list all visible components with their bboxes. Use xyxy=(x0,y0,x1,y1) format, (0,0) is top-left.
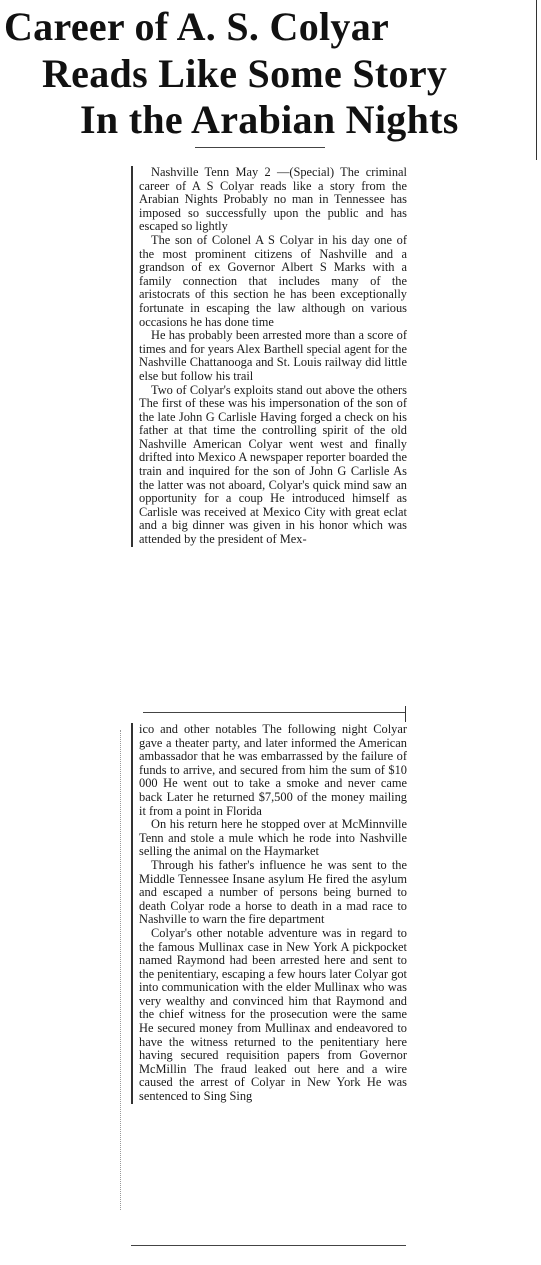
headline-line-2: Reads Like Some Story xyxy=(42,52,447,96)
paragraph: He has probably been arrested more than … xyxy=(139,329,407,383)
paragraph: ico and other notables The following nig… xyxy=(139,723,407,818)
headline-cut-rule xyxy=(195,147,325,148)
paragraph: Two of Colyar's exploits stand out above… xyxy=(139,384,407,547)
headline-line-1: Career of A. S. Colyar xyxy=(4,5,389,49)
paragraph: Nashville Tenn May 2 —(Special) The crim… xyxy=(139,166,407,234)
paragraph: The son of Colonel A S Colyar in his day… xyxy=(139,234,407,329)
paragraph: Through his father's influence he was se… xyxy=(139,859,407,927)
article-column-part-2: ico and other notables The following nig… xyxy=(131,723,407,1104)
end-rule xyxy=(131,1245,406,1246)
article-column-part-1: Nashville Tenn May 2 —(Special) The crim… xyxy=(131,166,407,547)
headline-line-3: In the Arabian Nights xyxy=(80,98,459,142)
paragraph: Colyar's other notable adventure was in … xyxy=(139,927,407,1104)
paragraph: On his return here he stopped over at Mc… xyxy=(139,818,407,859)
column-break-rule xyxy=(143,712,405,713)
column-divider-rule xyxy=(536,0,537,160)
headline: Career of A. S. Colyar Reads Like Some S… xyxy=(0,0,541,150)
margin-specks xyxy=(120,730,125,1210)
column-break-edge xyxy=(405,706,406,722)
